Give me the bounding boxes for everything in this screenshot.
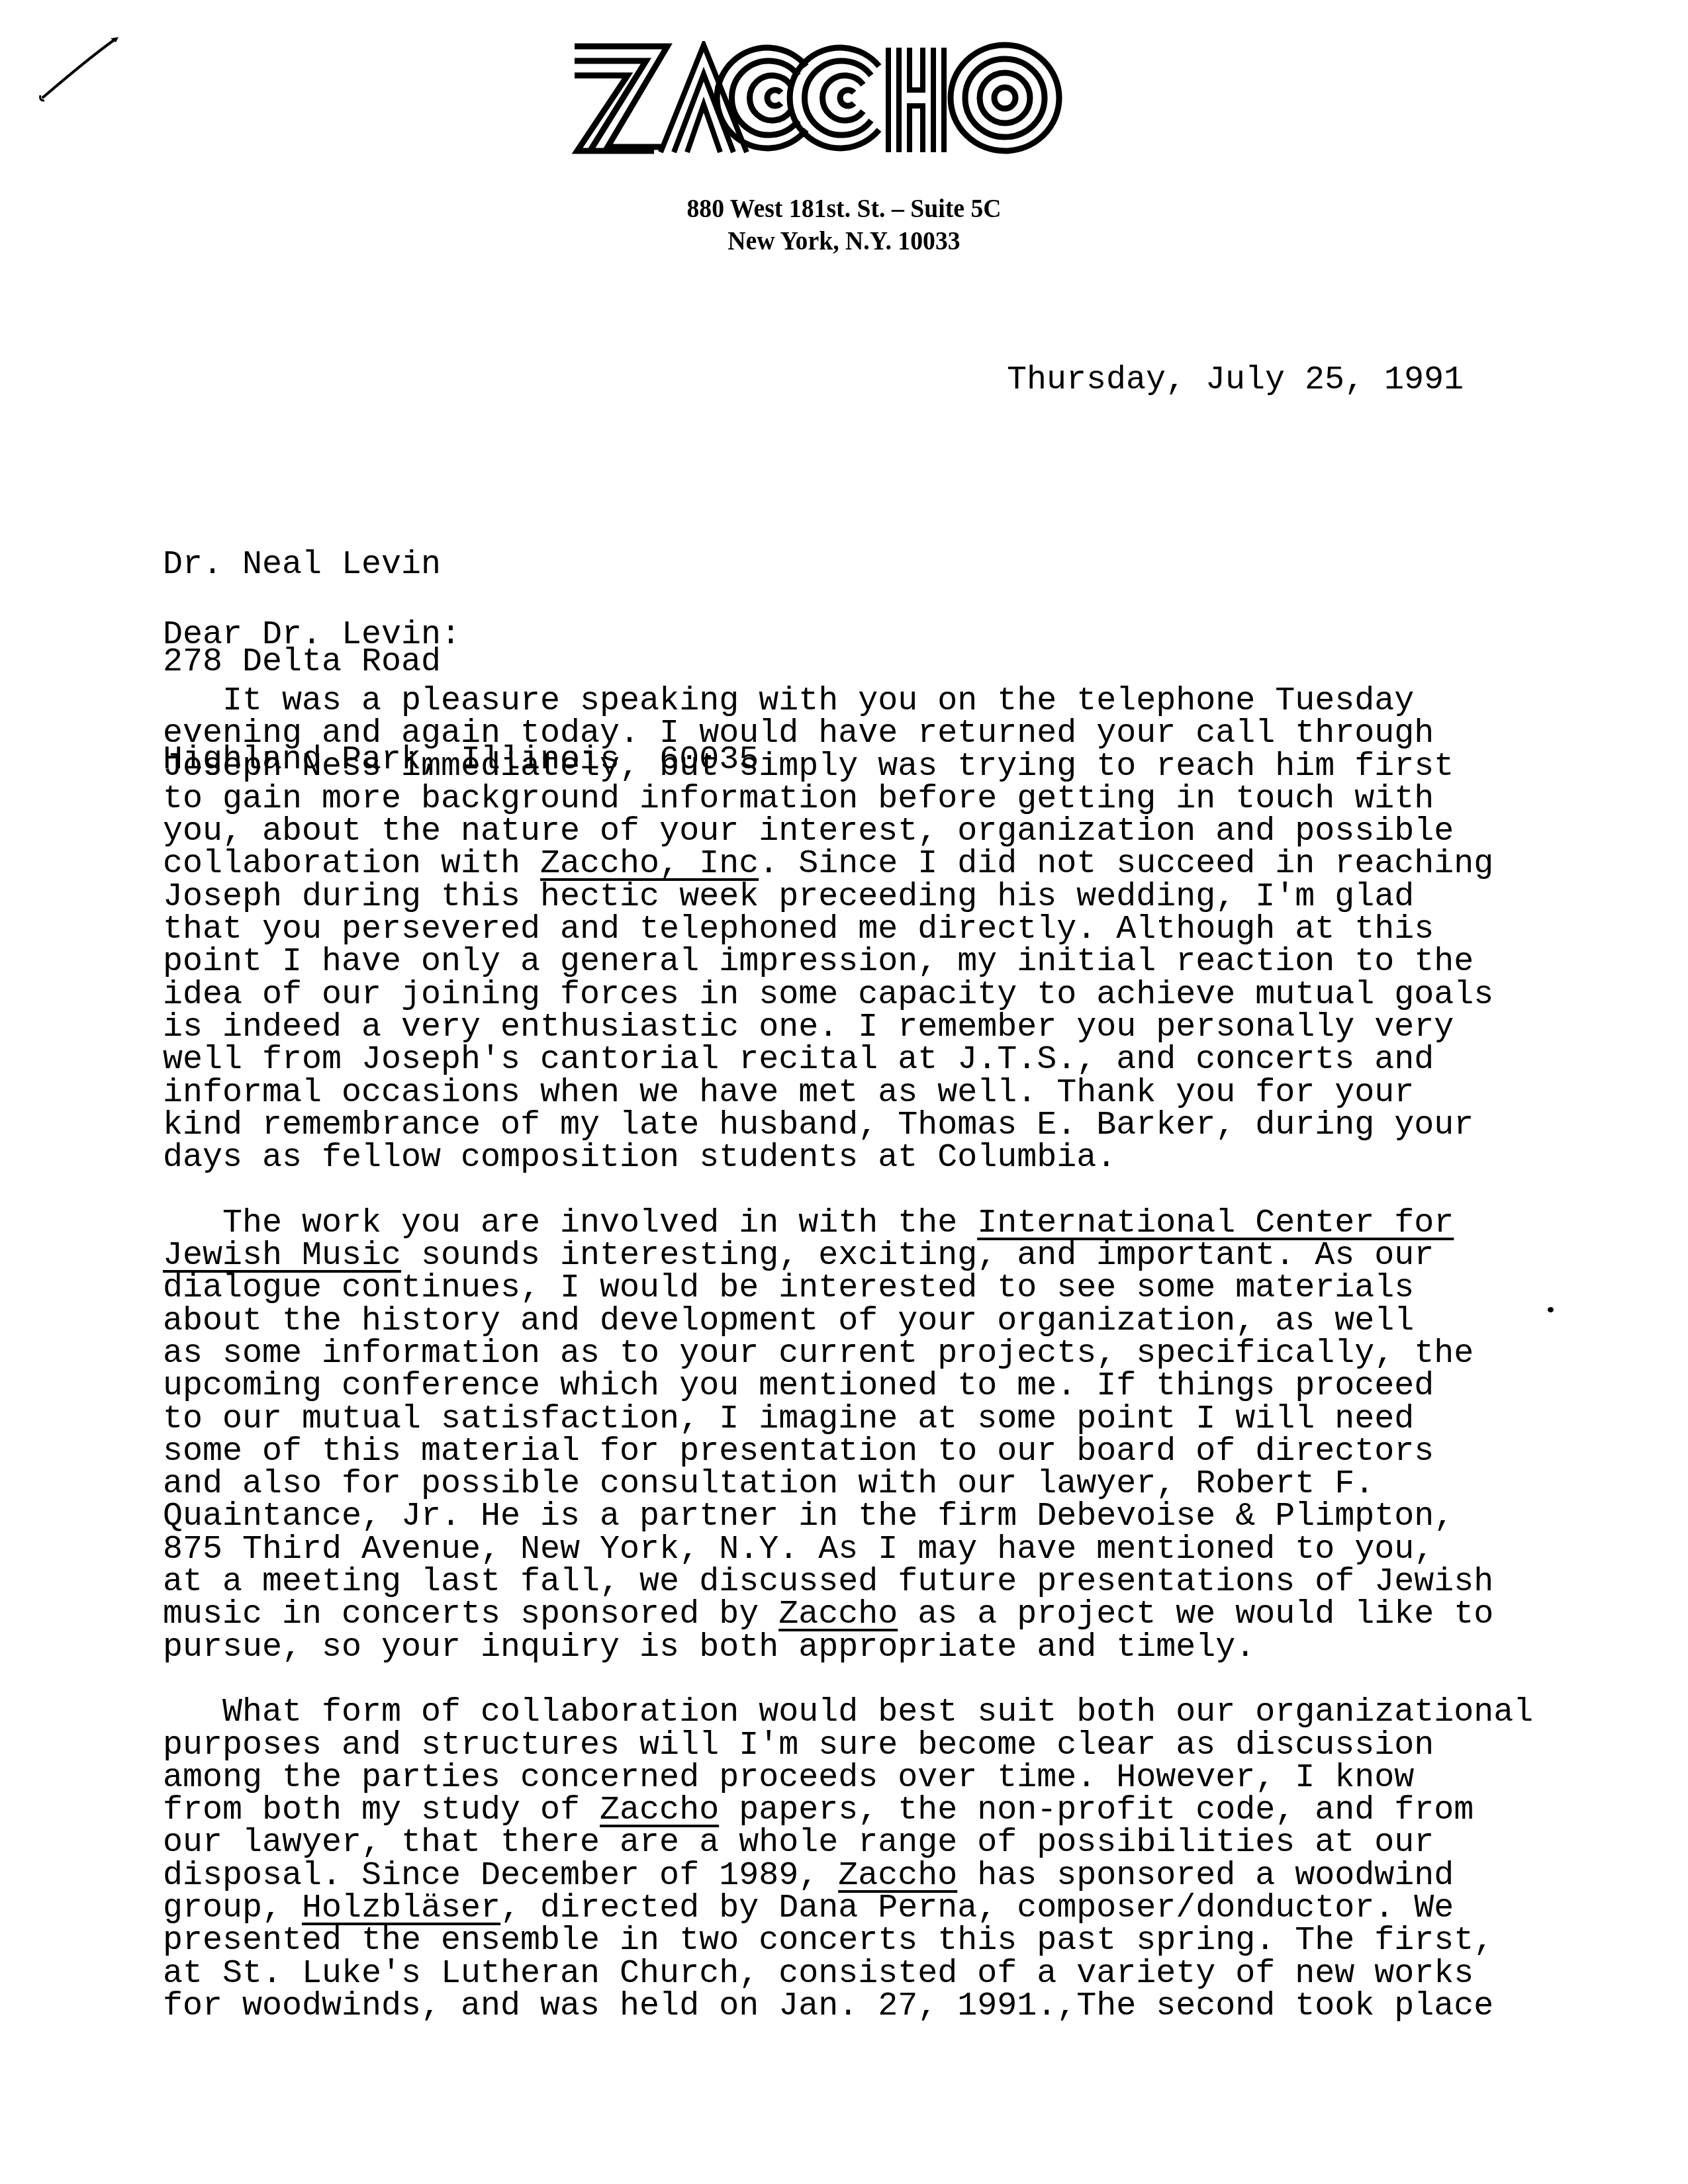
text-segment: pursue, so your inquiry is both appropri… [163,1629,1255,1666]
text-line: our lawyer, that there are a whole range… [163,1827,1533,1859]
text-line: for woodwinds, and was held on Jan. 27, … [163,1990,1533,2023]
text-line: dialogue continues, I would be intereste… [163,1272,1533,1304]
text-line: disposal. Since December of 1989, Zaccho… [163,1860,1533,1892]
text-line: informal occasions when we have met as w… [163,1077,1533,1109]
text-line: to our mutual satisfaction, I imagine at… [163,1403,1533,1435]
text-line: kind remembrance of my late husband, Tho… [163,1109,1533,1142]
text-line: The work you are involved in with the In… [163,1207,1533,1240]
text-line: Joseph Ness immediately, but simply was … [163,751,1533,783]
text-line: It was a pleasure speaking with you on t… [163,685,1533,717]
text-line: pursue, so your inquiry is both appropri… [163,1631,1533,1664]
body-paragraph: The work you are involved in with the In… [163,1207,1533,1664]
text-line: presented the ensemble in two concerts t… [163,1925,1533,1957]
letter-page: 880 West 181st. St. – Suite 5C New York,… [0,0,1688,2184]
text-line: upcoming conference which you mentioned … [163,1370,1533,1402]
text-line: as some information as to your current p… [163,1338,1533,1370]
recipient-line: Dr. Neal Levin [163,549,759,581]
ink-speck [1548,1307,1554,1312]
text-line: to gain more background information befo… [163,783,1533,815]
text-segment: days as fellow composition students at C… [163,1139,1116,1177]
text-line: Joseph during this hectic week preceedin… [163,881,1533,913]
text-line: purposes and structures will I'm sure be… [163,1729,1533,1762]
text-line: days as fellow composition students at C… [163,1142,1533,1174]
text-line: at a meeting last fall, we discussed fut… [163,1566,1533,1598]
text-line: collaboration with Zaccho, Inc. Since I … [163,848,1533,880]
text-line: some of this material for presentation t… [163,1435,1533,1468]
text-line: that you persevered and telephoned me di… [163,913,1533,946]
salutation: Dear Dr. Levin: [163,619,461,651]
letterhead-address-line: 880 West 181st. St. – Suite 5C [68,192,1620,224]
zaccho-logo [568,41,1064,155]
body-paragraph: What form of collaboration would best su… [163,1696,1533,2023]
body-paragraph: It was a pleasure speaking with you on t… [163,685,1533,1174]
text-line: is indeed a very enthusiastic one. I rem… [163,1011,1533,1044]
text-line: and also for possible consultation with … [163,1468,1533,1500]
text-line: well from Joseph's cantorial recital at … [163,1044,1533,1076]
text-line: idea of our joining forces in some capac… [163,979,1533,1011]
text-line: you, about the nature of your interest, … [163,815,1533,848]
letterhead-address: 880 West 181st. St. – Suite 5C New York,… [0,192,1688,257]
letter-body: It was a pleasure speaking with you on t… [163,685,1533,2055]
text-line: point I have only a general impression, … [163,946,1533,978]
letterhead-address-line: New York, N.Y. 10033 [68,224,1620,257]
text-line: about the history and development of you… [163,1305,1533,1338]
text-line: from both my study of Zaccho papers, the… [163,1794,1533,1827]
pen-stroke-mark [36,34,122,104]
text-line: among the parties concerned proceeds ove… [163,1762,1533,1794]
letter-date: Thursday, July 25, 1991 [1007,364,1464,396]
text-line: 875 Third Avenue, New York, N.Y. As I ma… [163,1533,1533,1566]
text-line: evening and again today. I would have re… [163,717,1533,750]
text-line: music in concerts sponsored by Zaccho as… [163,1598,1533,1631]
text-line: Jewish Music sounds interesting, excitin… [163,1240,1533,1272]
text-line: Quaintance, Jr. He is a partner in the f… [163,1500,1533,1533]
text-line: group, Holzbläser, directed by Dana Pern… [163,1892,1533,1925]
text-segment: for woodwinds, and was held on Jan. 27, … [163,1987,1493,2025]
text-line: What form of collaboration would best su… [163,1696,1533,1729]
text-line: at St. Luke's Lutheran Church, consisted… [163,1958,1533,1990]
